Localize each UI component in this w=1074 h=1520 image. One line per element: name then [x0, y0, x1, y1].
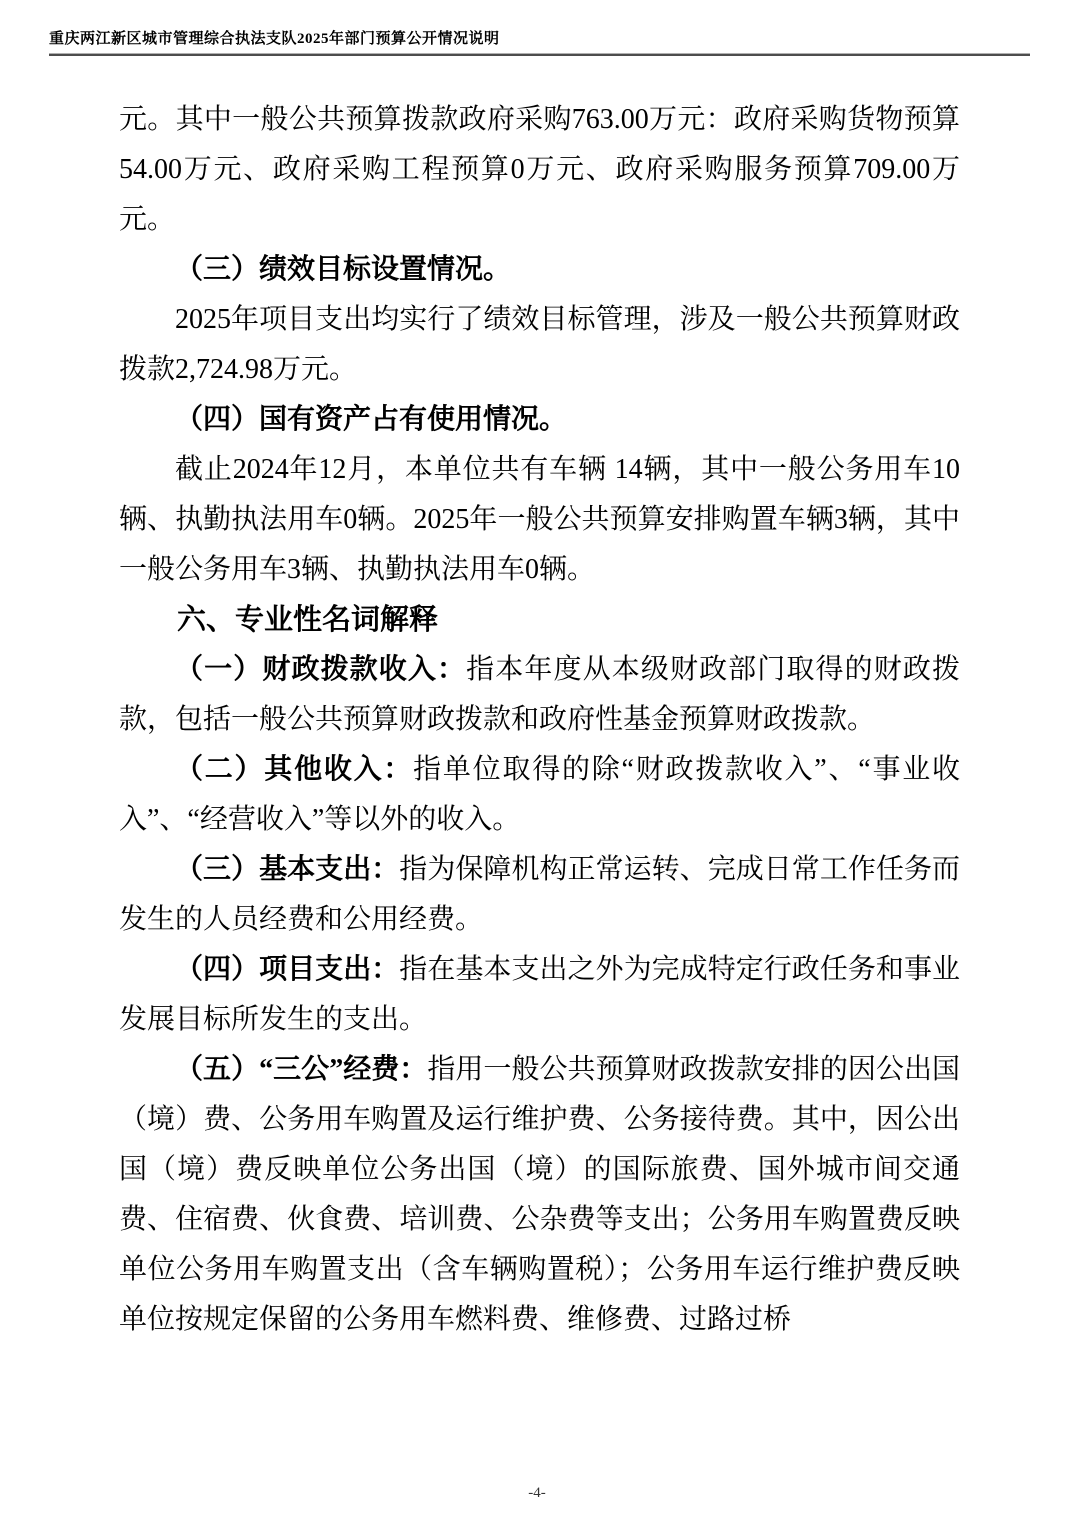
document-page: 重庆两江新区城市管理综合执法支队2025年部门预算公开情况说明 元。其中一般公共…	[0, 0, 1074, 1520]
page-footer: -4-	[0, 1485, 1074, 1502]
header-rule	[49, 53, 1030, 56]
paragraph: （四）国有资产占有使用情况。	[119, 395, 960, 445]
paragraph-lead: （四）国有资产占有使用情况。	[175, 404, 567, 435]
document-body: 元。其中一般公共预算拨款政府采购763.00万元：政府采购货物预算54.00万元…	[119, 95, 960, 1345]
paragraph: （一）财政拨款收入：指本年度从本级财政部门取得的财政拨款，包括一般公共预算财政拨…	[119, 645, 960, 745]
paragraph-lead: （三）绩效目标设置情况。	[175, 254, 511, 285]
paragraph: 2025年项目支出均实行了绩效目标管理，涉及一般公共预算财政拨款2,724.98…	[119, 295, 960, 395]
paragraph-lead: （三）基本支出：	[175, 854, 399, 885]
paragraph: （四）项目支出：指在基本支出之外为完成特定行政任务和事业发展目标所发生的支出。	[119, 945, 960, 1045]
page-header: 重庆两江新区城市管理综合执法支队2025年部门预算公开情况说明	[49, 27, 1030, 56]
header-title: 重庆两江新区城市管理综合执法支队2025年部门预算公开情况说明	[49, 27, 1030, 48]
paragraph: 截止2024年12月，本单位共有车辆 14辆，其中一般公务用车10辆、执勤执法用…	[119, 445, 960, 595]
paragraph-lead: （一）财政拨款收入：	[175, 654, 466, 685]
paragraph: 元。其中一般公共预算拨款政府采购763.00万元：政府采购货物预算54.00万元…	[119, 95, 960, 245]
paragraph-lead: （二）其他收入：	[175, 754, 413, 785]
paragraph-text: 元。其中一般公共预算拨款政府采购763.00万元：政府采购货物预算54.00万元…	[119, 104, 960, 235]
paragraph-text: 2025年项目支出均实行了绩效目标管理，涉及一般公共预算财政拨款2,724.98…	[119, 304, 960, 385]
paragraph: 六、专业性名词解释	[119, 595, 960, 645]
paragraph-text: 截止2024年12月，本单位共有车辆 14辆，其中一般公务用车10辆、执勤执法用…	[119, 454, 960, 585]
paragraph-lead: 六、专业性名词解释	[177, 604, 438, 636]
paragraph: （五）“三公”经费：指用一般公共预算财政拨款安排的因公出国（境）费、公务用车购置…	[119, 1045, 960, 1345]
page-number: -4-	[528, 1485, 546, 1501]
paragraph-lead: （四）项目支出：	[175, 954, 399, 985]
paragraph-lead: （五）“三公”经费：	[175, 1054, 427, 1085]
paragraph: （二）其他收入：指单位取得的除“财政拨款收入”、“事业收入”、“经营收入”等以外…	[119, 745, 960, 845]
paragraph-text: 指用一般公共预算财政拨款安排的因公出国（境）费、公务用车购置及运行维护费、公务接…	[119, 1054, 960, 1335]
paragraph: （三）基本支出：指为保障机构正常运转、完成日常工作任务而发生的人员经费和公用经费…	[119, 845, 960, 945]
paragraph: （三）绩效目标设置情况。	[119, 245, 960, 295]
